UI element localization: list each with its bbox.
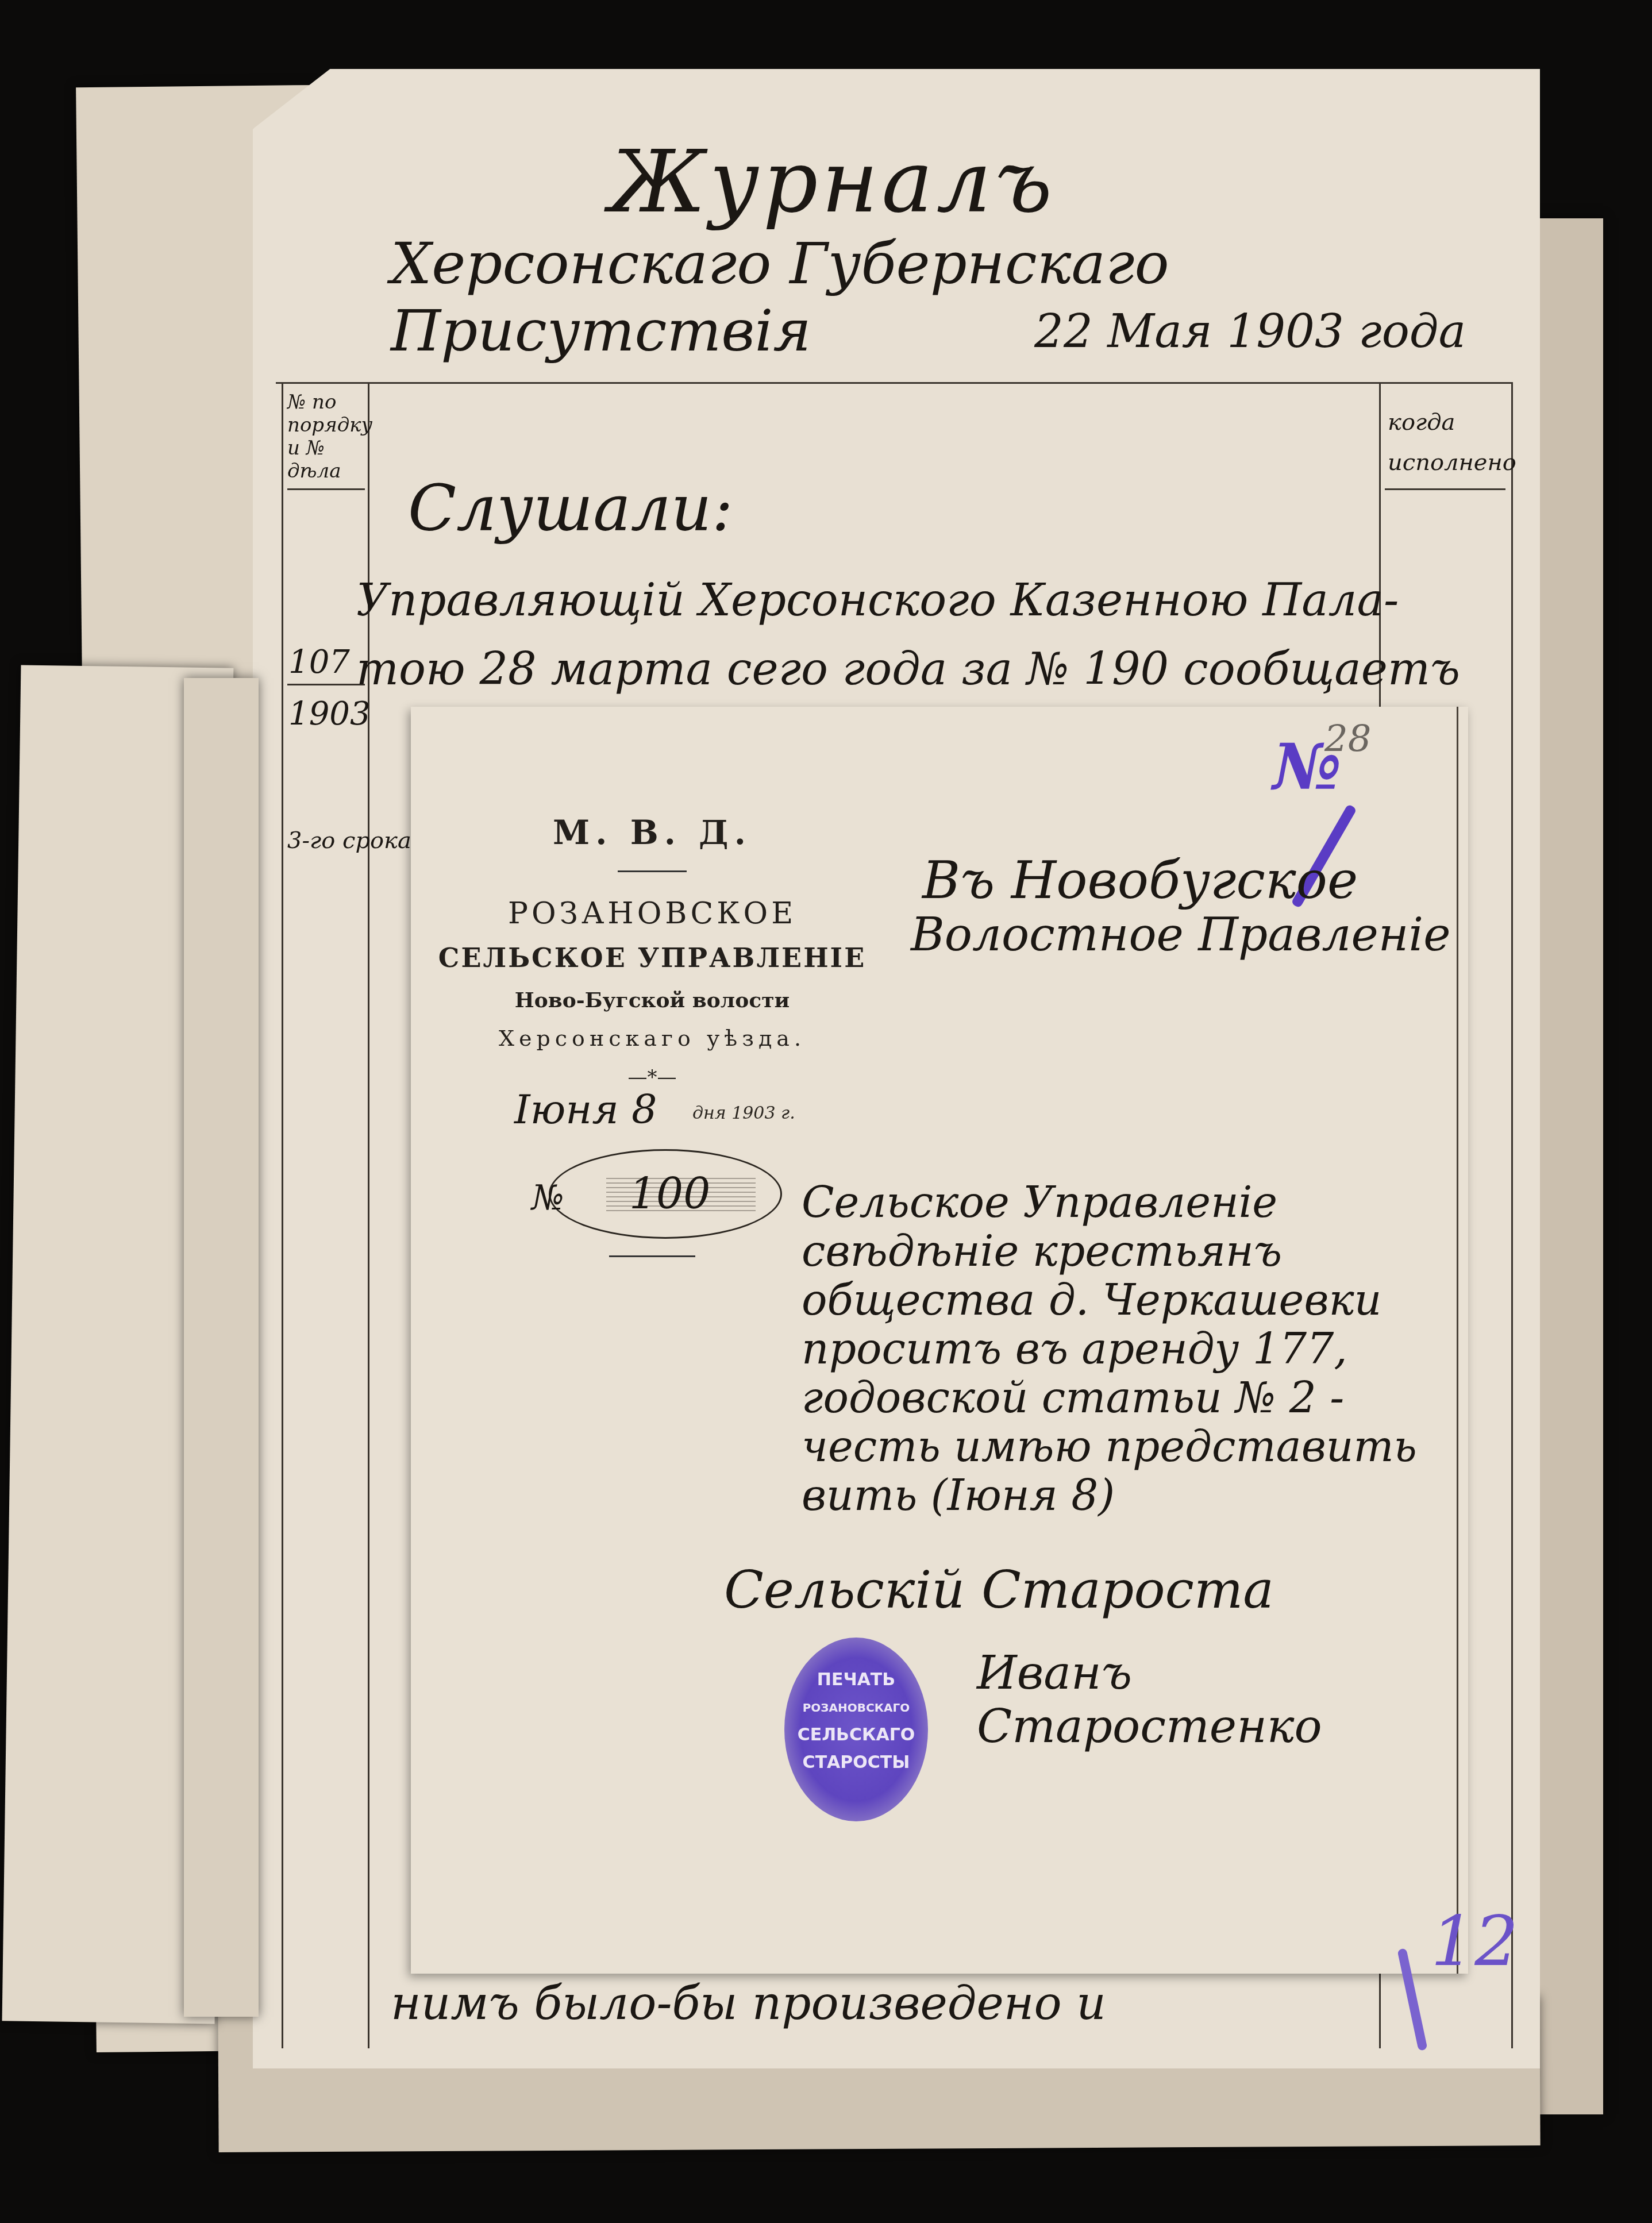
letter-right-rule xyxy=(1457,707,1458,1974)
letter-body-line: общества д. Черкашевки xyxy=(802,1276,1381,1325)
number-sign: № xyxy=(532,1178,564,1218)
org-name-line-2: СЕЛЬСКОЕ УПРАВЛЕНІЕ xyxy=(411,942,894,973)
signature-title: Сельскій Староста xyxy=(724,1560,1274,1620)
stamp-line: СТАРОСТЫ xyxy=(784,1749,928,1777)
heard-label: Слушали: xyxy=(408,471,733,545)
org-volost: Ново-Бугской волости xyxy=(411,988,894,1012)
journal-body-line: тою 28 марта сего года за № 190 сообщает… xyxy=(356,644,1460,695)
letter-body-line: свѣдѣніе крестьянъ xyxy=(802,1227,1282,1276)
recipient-line: Волостное Правленіе xyxy=(911,908,1451,961)
letter-body-line: проситъ въ аренду 177, xyxy=(802,1324,1347,1374)
entry-term: 3-го срока xyxy=(287,827,411,854)
journal-title: Журналъ xyxy=(609,132,1056,232)
letter-body-line: честь имѣю представить xyxy=(802,1422,1417,1471)
letter-date: Іюня 8 дня 1903 г. xyxy=(503,1086,848,1138)
header-divider xyxy=(618,870,687,872)
number-column-rule xyxy=(368,382,369,2048)
letter-body-line: годовской статьи № 2 - xyxy=(802,1373,1344,1423)
entry-number-rule xyxy=(287,684,365,685)
header-rule xyxy=(276,382,1511,384)
ministry-abbreviation: М. В. Д. xyxy=(411,813,894,852)
left-header-underline xyxy=(287,488,365,490)
signature-name: Иванъ Старостенко xyxy=(977,1646,1468,1753)
village-seal-stamp: ПЕЧАТЬ РОЗАНОВСКАГО СЕЛЬСКАГО СТАРОСТЫ xyxy=(784,1638,928,1821)
form-letter: М. В. Д. РОЗАНОВСКОЕ СЕЛЬСКОЕ УПРАВЛЕНІЕ… xyxy=(411,707,1468,1974)
right-header-underline xyxy=(1385,488,1505,490)
journal-body-line: Управляющій Херсонского Казенною Пала- xyxy=(356,575,1399,626)
left-margin-rule xyxy=(282,382,283,2048)
org-uezd: Херсонскаго уѣзда. xyxy=(411,1026,894,1051)
column-header-number: № по порядку и № дѣла xyxy=(287,391,362,483)
entry-number: 107 xyxy=(288,644,350,681)
header-divider xyxy=(609,1255,695,1257)
right-margin-rule xyxy=(1511,382,1513,2048)
entry-year: 1903 xyxy=(288,695,371,733)
letter-body-line: Сельское Управленіе xyxy=(802,1178,1277,1227)
column-header-executed: когда исполнено xyxy=(1388,402,1485,483)
left-sheet-strip xyxy=(184,678,259,2017)
registration-number: 28 xyxy=(1324,718,1371,761)
star-ornament-icon: —*— xyxy=(411,1066,894,1089)
org-name-line-1: РОЗАНОВСКОЕ xyxy=(411,896,894,931)
stamp-line: РОЗАНОВСКАГО xyxy=(784,1694,928,1721)
date-handwritten: Іюня 8 xyxy=(514,1086,657,1133)
stamp-line: ПЕЧАТЬ xyxy=(784,1666,928,1694)
letter-body-line: вить (Іюня 8) xyxy=(802,1471,1115,1520)
date-printed: дня 1903 г. xyxy=(692,1103,795,1123)
stamp-line: СЕЛЬСКАГО xyxy=(784,1721,928,1749)
letter-number: 100 xyxy=(629,1169,710,1219)
journal-footer-line: нимъ было-бы произведено и xyxy=(391,1977,1106,2030)
recipient-line: Въ Новобугское xyxy=(922,850,1358,911)
journal-date: 22 Мая 1903 года xyxy=(1034,305,1466,358)
margin-annotation: 12 xyxy=(1431,1902,1519,1982)
